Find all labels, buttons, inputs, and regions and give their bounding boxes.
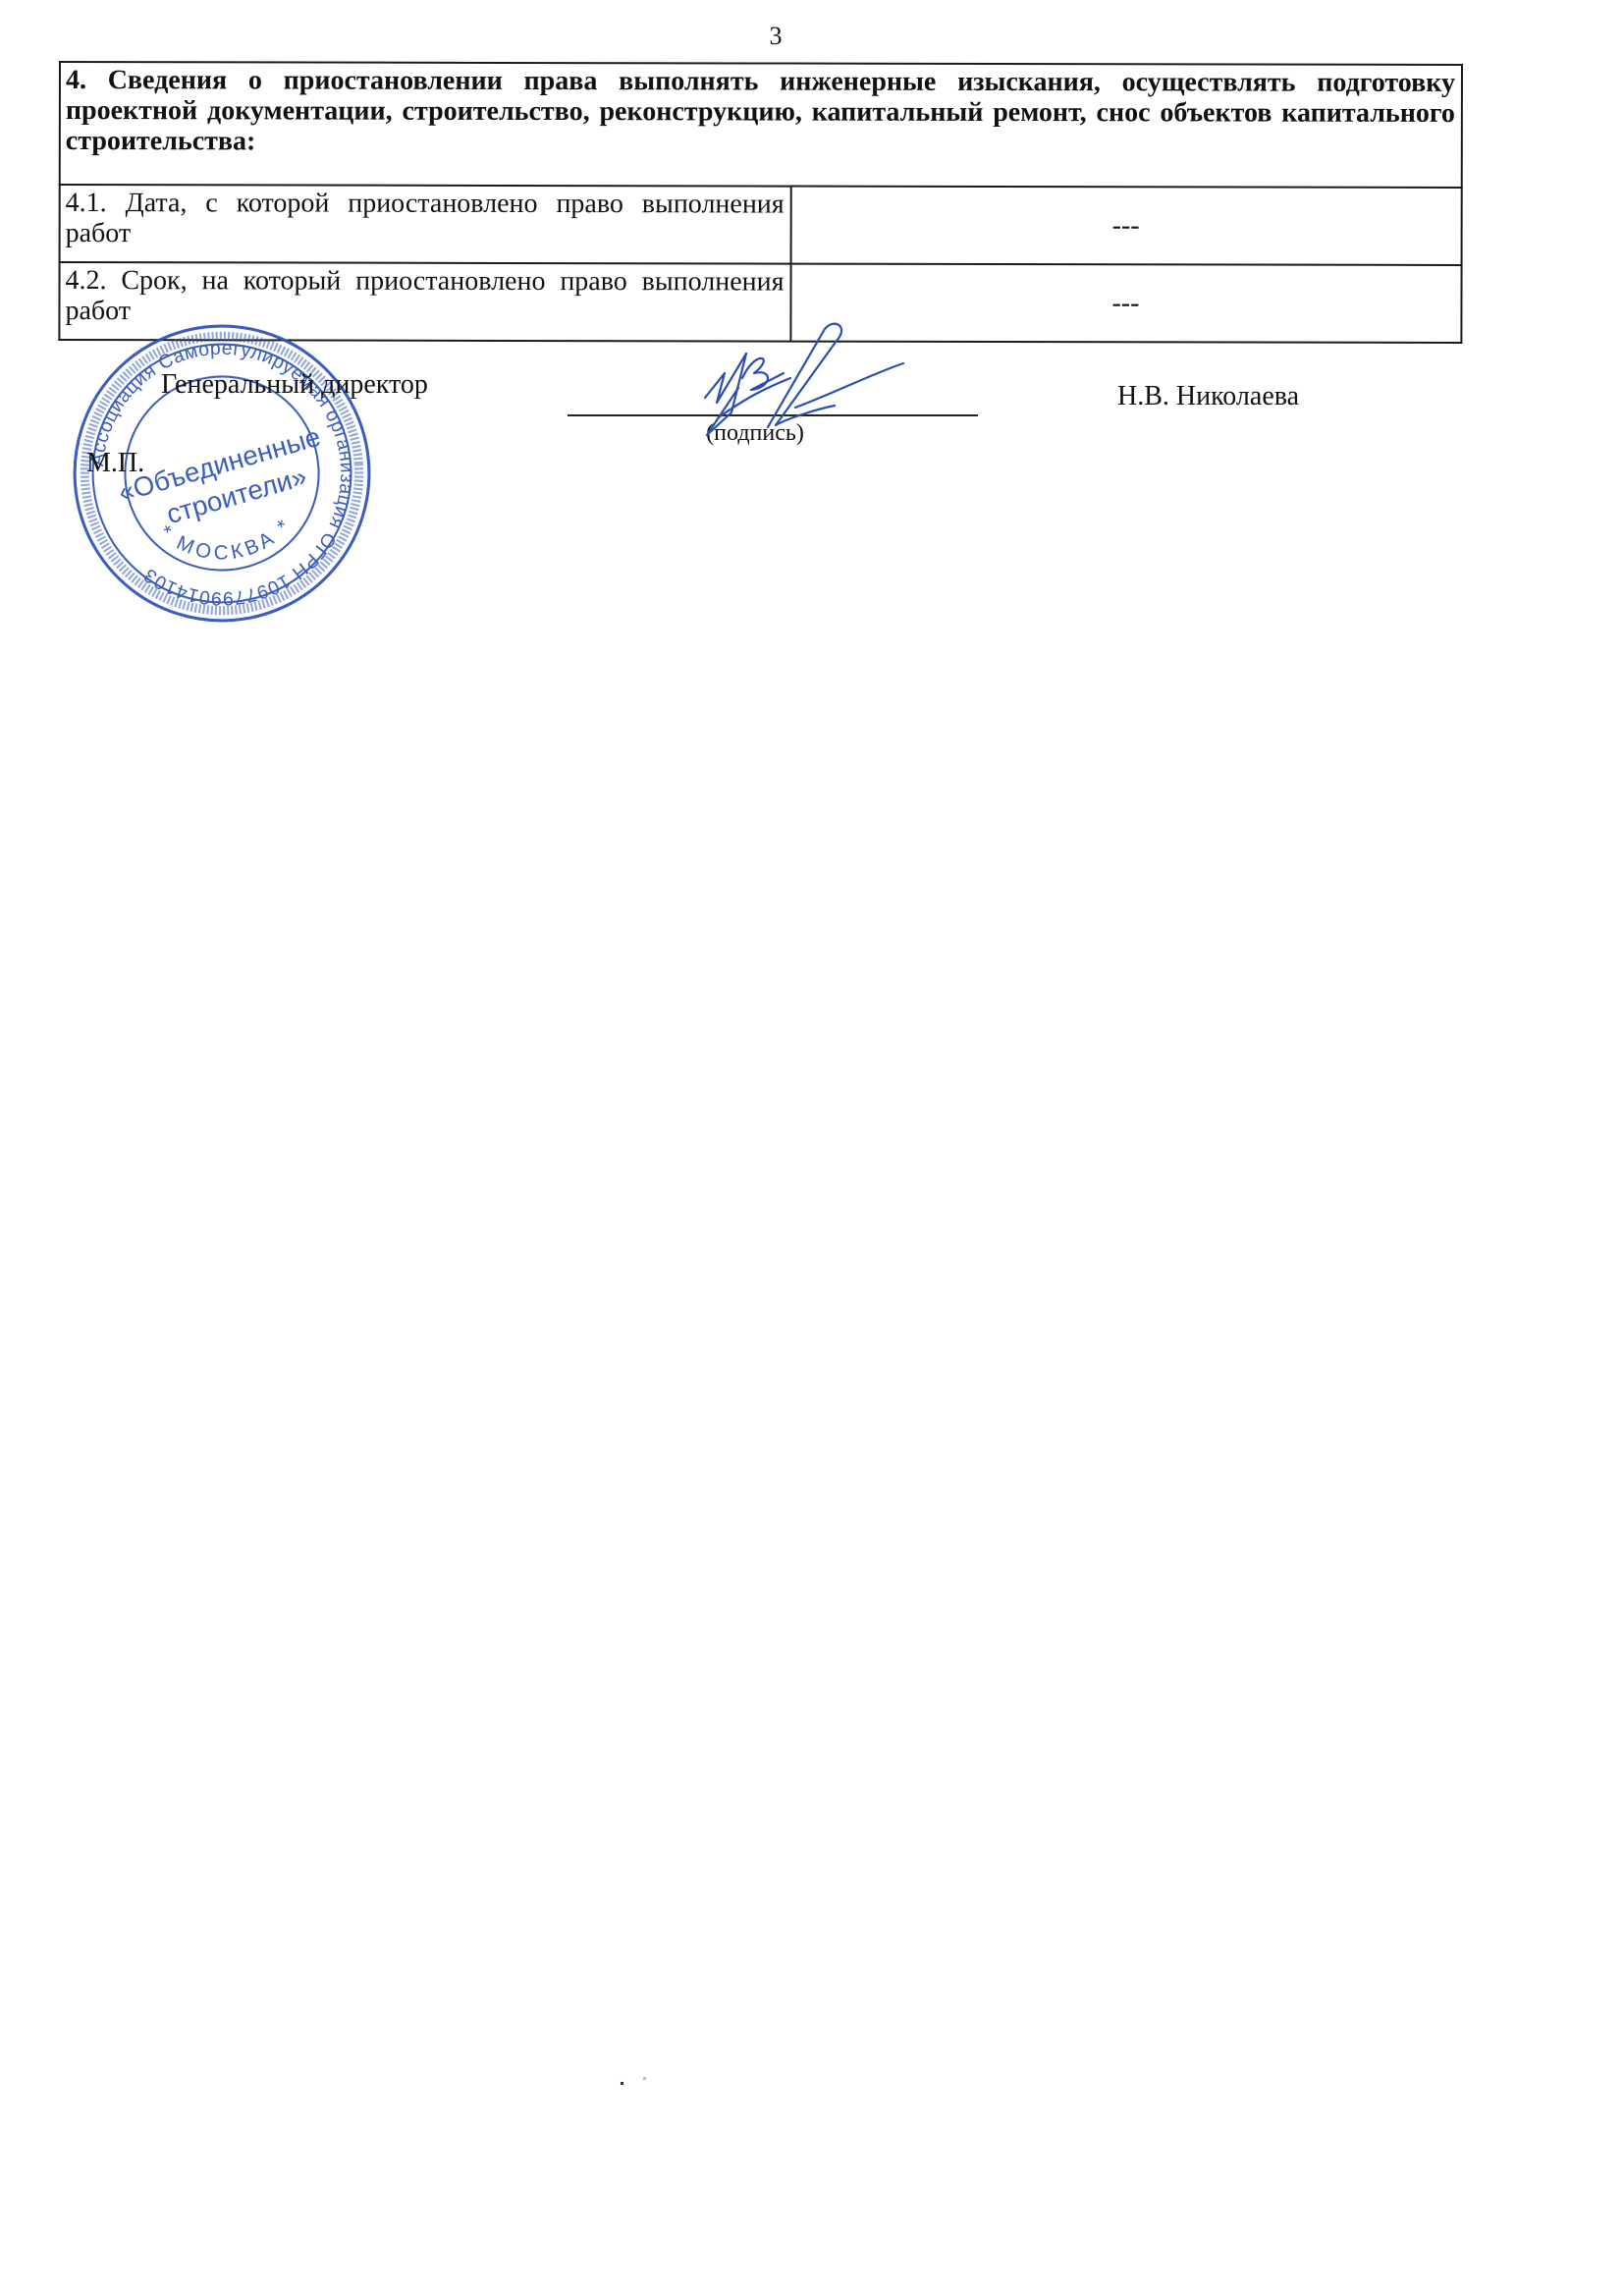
signatory-position: Генеральный директор xyxy=(161,369,428,401)
scan-speck xyxy=(621,2082,623,2085)
scan-speck xyxy=(643,2077,646,2080)
seal-place-mark: М.П. xyxy=(86,448,144,479)
row-value-suspension-date: --- xyxy=(791,187,1462,265)
signatory-name: Н.В. Николаева xyxy=(1117,381,1299,412)
table-row: 4.1. Дата, с которой приостановлено прав… xyxy=(60,185,1462,265)
table-header-row: 4. Сведения о приостановлении права выпо… xyxy=(60,62,1462,188)
row-label-suspension-date: 4.1. Дата, с которой приостановлено прав… xyxy=(60,185,791,264)
handwritten-signature xyxy=(677,319,933,442)
page-number: 3 xyxy=(0,22,1551,51)
section-4-heading: 4. Сведения о приостановлении права выпо… xyxy=(60,62,1462,188)
suspension-info-table: 4. Сведения о приостановлении права выпо… xyxy=(58,61,1463,344)
